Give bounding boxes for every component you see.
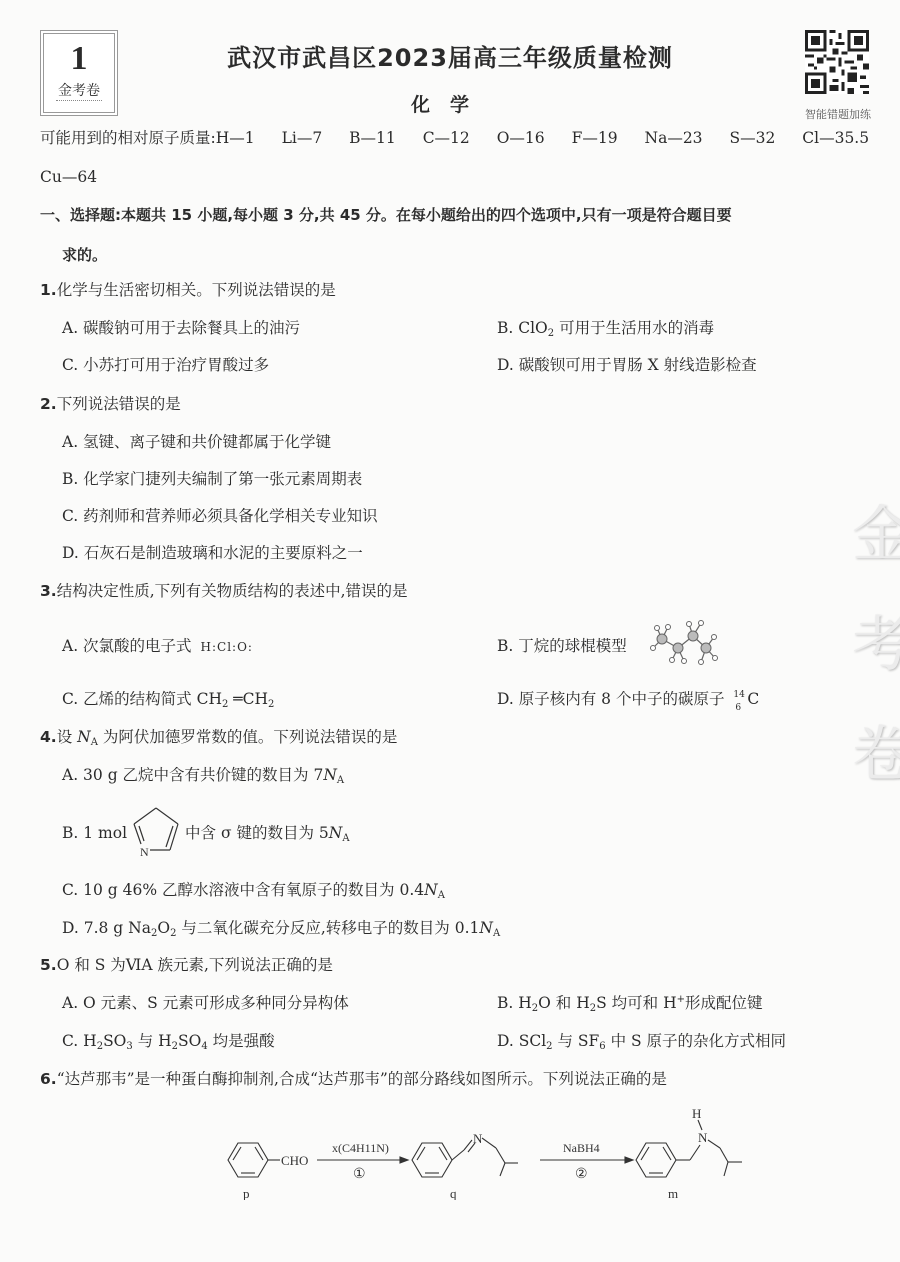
question-number: 2. bbox=[40, 395, 57, 413]
q3-option-a[interactable]: A. 次氯酸的电子式 H:Cl:O: bbox=[62, 636, 253, 657]
q4-option-a[interactable]: A. 30 g 乙烷中含有共价键的数目为 7NA bbox=[62, 765, 344, 785]
avogadro-symbol: N bbox=[479, 919, 493, 937]
q5-option-d[interactable]: D. SCl2 与 SF6 中 S 原子的杂化方式相同 bbox=[497, 1031, 786, 1051]
q2-option-d[interactable]: D. 石灰石是制造玻璃和水泥的主要原料之一 bbox=[62, 543, 363, 563]
subscript: A bbox=[91, 737, 98, 748]
avogadro-symbol: N bbox=[424, 881, 438, 899]
option-text: 与 SF bbox=[553, 1032, 600, 1050]
question-1-stem: 1.化学与生活密切相关。下列说法错误的是 bbox=[40, 280, 336, 300]
q2-option-c[interactable]: C. 药剂师和营养师必须具备化学相关专业知识 bbox=[62, 506, 378, 526]
aldehyde-group-label: CHO bbox=[281, 1153, 308, 1168]
option-text: A. 30 g 乙烷中含有共价键的数目为 7 bbox=[62, 766, 323, 784]
synthesis-route-diagram: CHO x(C4H11N) ① N NaBH4 ② N H p q m bbox=[220, 1100, 760, 1200]
q4-option-d[interactable]: D. 7.8 g Na2O2 与二氧化碳充分反应,转移电子的数目为 0.1NA bbox=[62, 918, 500, 938]
compound-m-label: m bbox=[668, 1186, 678, 1200]
question-number: 4. bbox=[40, 728, 57, 746]
q4-option-b[interactable]: B. 1 mol中含 σ 键的数目为 5NA bbox=[62, 823, 350, 843]
stem-text: 为阿伏加德罗常数的值。下列说法错误的是 bbox=[98, 728, 397, 746]
option-text: SO bbox=[103, 1032, 126, 1050]
question-number: 5. bbox=[40, 956, 57, 974]
q5-option-c[interactable]: C. H2SO3 与 H2SO4 均是强酸 bbox=[62, 1031, 275, 1051]
subscript: 2 bbox=[268, 699, 274, 710]
step-2-marker: ② bbox=[575, 1167, 588, 1182]
q4-option-c[interactable]: C. 10 g 46% 乙醇水溶液中含有氧原子的数目为 0.4NA bbox=[62, 880, 445, 900]
mass-b: B—11 bbox=[349, 129, 396, 147]
section-heading-cont: 求的。 bbox=[62, 245, 107, 265]
atomic-mass-label: 可能用到的相对原子质量: bbox=[40, 129, 216, 147]
q3-option-d[interactable]: D. 原子核内有 8 个中子的碳原子 14 6 C bbox=[497, 689, 759, 709]
q3-option-b[interactable]: B. 丁烷的球棍模型 bbox=[497, 636, 627, 656]
exam-title: 武汉市武昌区2023届高三年级质量检测 bbox=[0, 38, 900, 73]
option-text: C. 乙烯的结构简式 CH bbox=[62, 690, 222, 708]
mass-f: F—19 bbox=[572, 129, 618, 147]
avogadro-symbol: N bbox=[77, 728, 91, 746]
question-2-stem: 2.下列说法错误的是 bbox=[40, 394, 181, 414]
mass-c: C—12 bbox=[423, 129, 470, 147]
option-text: B. H bbox=[497, 994, 532, 1012]
option-text: B. 1 mol bbox=[62, 824, 127, 842]
option-text: 与 H bbox=[133, 1032, 172, 1050]
q2-option-b[interactable]: B. 化学家门捷列夫编制了第一张元素周期表 bbox=[62, 469, 362, 489]
option-text: O 和 H bbox=[538, 994, 590, 1012]
option-text: ═CH bbox=[228, 690, 268, 708]
question-5-stem: 5.O 和 S 为ⅥA 族元素,下列说法正确的是 bbox=[40, 955, 333, 975]
option-text: D. SCl bbox=[497, 1032, 546, 1050]
subscript: A bbox=[342, 833, 349, 844]
avogadro-symbol: N bbox=[329, 824, 343, 842]
option-text: B. 丁烷的球棍模型 bbox=[497, 637, 627, 655]
stem-text: 设 bbox=[57, 728, 77, 746]
subscript: A bbox=[438, 890, 445, 901]
atomic-number: 6 bbox=[735, 698, 741, 718]
option-text: 与二氧化碳充分反应,转移电子的数目为 0.1 bbox=[176, 919, 479, 937]
option-text: D. 原子核内有 8 个中子的碳原子 bbox=[497, 690, 724, 708]
option-text: B. ClO bbox=[497, 319, 548, 337]
reagent-2-label: NaBH4 bbox=[563, 1141, 600, 1155]
subscript: A bbox=[337, 775, 344, 786]
mass-na: Na—23 bbox=[645, 129, 703, 147]
option-text: S 均可和 H bbox=[596, 994, 677, 1012]
q2-option-a[interactable]: A. 氢键、离子键和共价键都属于化学键 bbox=[62, 432, 331, 452]
pyrrole-ring-icon: N bbox=[128, 804, 184, 862]
mass-o: O—16 bbox=[497, 129, 545, 147]
option-text: A. 次氯酸的电子式 bbox=[62, 637, 192, 655]
q5-option-a[interactable]: A. O 元素、S 元素可形成多种同分异构体 bbox=[62, 993, 349, 1013]
amine-n-label: N bbox=[698, 1130, 708, 1145]
question-6-stem: 6.“达芦那韦”是一种蛋白酶抑制剂,合成“达芦那韦”的部分路线如图所示。下列说法… bbox=[40, 1069, 667, 1089]
question-4-stem: 4.设 NA 为阿伏加德罗常数的值。下列说法错误的是 bbox=[40, 727, 397, 747]
question-number: 1. bbox=[40, 281, 57, 299]
question-number: 6. bbox=[40, 1070, 57, 1088]
option-text: C. H bbox=[62, 1032, 97, 1050]
avogadro-symbol: N bbox=[323, 766, 337, 784]
element-symbol: C bbox=[747, 690, 759, 708]
reagent-1-label: x(C4H11N) bbox=[332, 1141, 389, 1155]
stem-text: “达芦那韦”是一种蛋白酶抑制剂,合成“达芦那韦”的部分路线如图所示。下列说法正确… bbox=[57, 1070, 667, 1088]
electron-formula: H:Cl:O: bbox=[201, 640, 253, 654]
q1-option-d[interactable]: D. 碳酸钡可用于胃肠 X 射线造影检查 bbox=[497, 355, 757, 375]
imine-n-label: N bbox=[473, 1131, 483, 1146]
isotope-notation: 14 6 bbox=[733, 689, 747, 709]
mass-cu: Cu—64 bbox=[40, 167, 97, 187]
stem-text: 下列说法错误的是 bbox=[57, 395, 181, 413]
compound-q-label: q bbox=[450, 1186, 457, 1200]
compound-p-label: p bbox=[243, 1186, 250, 1200]
step-1-marker: ① bbox=[353, 1167, 366, 1182]
butane-ball-stick-icon bbox=[648, 620, 738, 672]
q5-option-b[interactable]: B. H2O 和 H2S 均可和 H+形成配位键 bbox=[497, 993, 763, 1013]
q1-option-c[interactable]: C. 小苏打可用于治疗胃酸过多 bbox=[62, 355, 269, 375]
watermark-text: 金考卷 bbox=[852, 480, 900, 810]
option-text: 中 S 原子的杂化方式相同 bbox=[606, 1032, 786, 1050]
mass-h: H—1 bbox=[216, 129, 255, 147]
question-number: 3. bbox=[40, 582, 57, 600]
amine-h-label: H bbox=[692, 1106, 701, 1121]
option-text: 均是强酸 bbox=[208, 1032, 275, 1050]
mass-li: Li—7 bbox=[282, 129, 323, 147]
option-text: 形成配位键 bbox=[685, 994, 763, 1012]
option-text: 中含 σ 键的数目为 5 bbox=[185, 824, 329, 842]
subject-title: 化学 bbox=[0, 90, 900, 117]
stem-text: 化学与生活密切相关。下列说法错误的是 bbox=[57, 281, 336, 299]
qr-caption: 智能错题加练 bbox=[790, 106, 886, 122]
stem-text: O 和 S 为ⅥA 族元素,下列说法正确的是 bbox=[57, 956, 333, 974]
q1-option-b[interactable]: B. ClO2 可用于生活用水的消毒 bbox=[497, 318, 714, 338]
option-text: O bbox=[157, 919, 170, 937]
section-heading: 一、选择题:本题共 15 小题,每小题 3 分,共 45 分。在每小题给出的四个… bbox=[40, 205, 732, 225]
q3-option-c[interactable]: C. 乙烯的结构简式 CH2 ═CH2 bbox=[62, 689, 274, 709]
option-text: 可用于生活用水的消毒 bbox=[554, 319, 714, 337]
superscript: + bbox=[677, 994, 685, 1005]
atomic-mass-line: 可能用到的相对原子质量:H—1 Li—7 B—11 C—12 O—16 F—19… bbox=[40, 128, 869, 148]
stem-text: 结构决定性质,下列有关物质结构的表述中,错误的是 bbox=[57, 582, 408, 600]
mass-cl: Cl—35.5 bbox=[802, 129, 869, 147]
option-text: SO bbox=[178, 1032, 201, 1050]
q1-option-a[interactable]: A. 碳酸钠可用于去除餐具上的油污 bbox=[62, 318, 300, 338]
option-text: C. 10 g 46% 乙醇水溶液中含有氧原子的数目为 0.4 bbox=[62, 881, 424, 899]
question-3-stem: 3.结构决定性质,下列有关物质结构的表述中,错误的是 bbox=[40, 581, 408, 601]
subscript: A bbox=[493, 928, 500, 939]
qr-code-icon[interactable] bbox=[805, 30, 869, 94]
ring-atom-label: N bbox=[140, 845, 149, 859]
mass-s: S—32 bbox=[729, 129, 775, 147]
option-text: D. 7.8 g Na bbox=[62, 919, 151, 937]
